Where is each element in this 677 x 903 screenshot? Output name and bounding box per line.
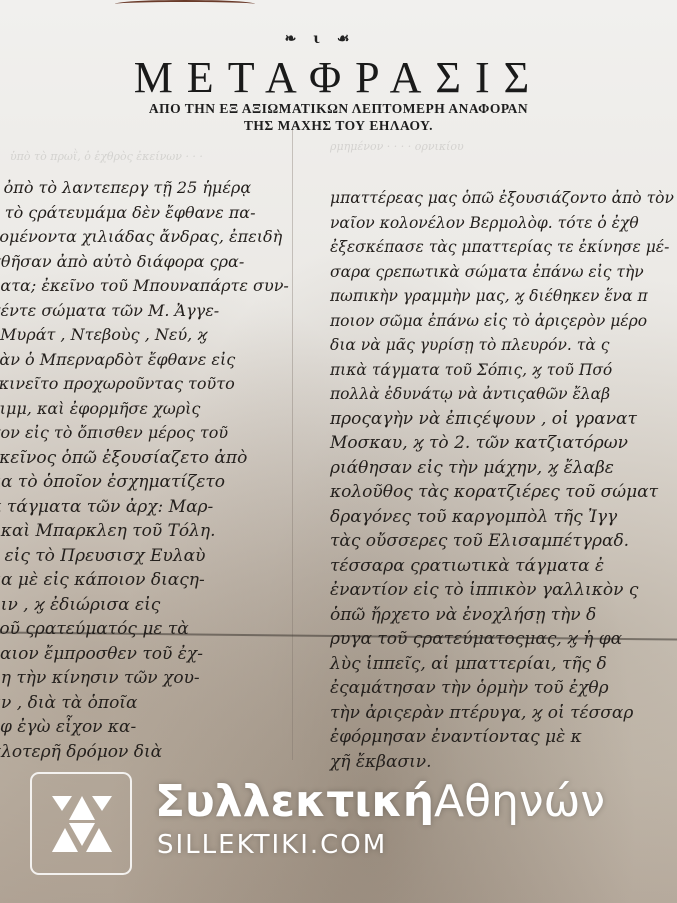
text-line: πολλὰ ἐδυνάτῳ νὰ ἀντιςαθῶν ἔλαβ <box>330 382 677 407</box>
text-line: ριάθησαν εἰς τὴν μάχην, ϗ ἔλαβε <box>330 456 677 481</box>
text-line: χιμμ, καὶ ἐφορμῆσε χωρὶς <box>0 397 290 422</box>
text-line: ραιον ἔμπροσθεν τοῦ ἐχ- <box>0 642 290 667</box>
page-curl-edge <box>115 0 255 8</box>
text-line: ἐκινεῖτο προχωροῦντας τοῦτο <box>0 372 290 397</box>
text-line: ἐςαμάτησαν τὴν ὁρμὴν τοῦ ἐχθρ <box>330 676 677 701</box>
text-line: ρυγα τοῦ ςρατεύματοςμας, ϗ ἡ φα <box>330 627 677 652</box>
text-line: πικὰ τάγματα τοῦ Σόπις, ϗ τοῦ Πσό <box>330 358 677 383</box>
text-line: πωπικὴν γραμμὴν μας, ϗ διέθηκεν ἕνα π <box>330 284 677 309</box>
document-photo: ὑπὸ τὸ πρωῒ, ὁ ἐχθρὸς ἐκείνων · · · ρμημ… <box>0 0 677 903</box>
text-line: ἐφόρμησαν ἐναντίοντας μὲ κ <box>330 725 677 750</box>
left-text-column: ε ὀπὸ τὸ λαντεπεργ τῇ 25 ἡμέρᾳ ο τὸ ςράτ… <box>0 176 290 764</box>
watermark: ΣυλλεκτικήΑθηνών SILLEKTIKI.COM <box>30 772 670 882</box>
text-line: , καὶ Μπαρκλεη τοῦ Τόλη. <box>0 519 290 544</box>
text-line: κλοτερῆ δρόμον διὰ <box>0 740 290 765</box>
text-line: προςαγὴν νὰ ἐπιςέψουν , οἱ γρανατ <box>330 407 677 432</box>
text-line: ἐναντίον εἰς τὸ ἱππικὸν γαλλικὸν ς <box>330 578 677 603</box>
text-line: ναῖον κολονέλον Βερμολὸφ. τότε ὁ ἐχθ <box>330 211 677 236</box>
text-line: λη τὴν κίνησιν τῶν χου- <box>0 666 290 691</box>
text-line: δια νὰ μᾶς γυρίσῃ τὸ πλευρόν. τὰ ς <box>330 333 677 358</box>
text-line: πέντε σώματα τῶν Μ. Ἀγγε- <box>0 299 290 324</box>
text-line: ρὰν ὁ Μπερναρδὸτ ἔφθανε εἰς <box>0 348 290 373</box>
watermark-logo <box>30 772 132 875</box>
text-line: τέσσαρα ςρατιωτικὰ τάγματα ἐ <box>330 554 677 579</box>
brand-name-bold: Συλλεκτική <box>155 776 434 827</box>
document-title: ΜΕΤΑΦΡΑΣΙΣ <box>0 52 677 103</box>
text-line: λιν , ϗ ἐδιώρισα εἰς <box>0 593 290 618</box>
watermark-url: SILLEKTIKI.COM <box>157 830 387 860</box>
text-line: μα τὸ ὁποῖον ἐσχηματίζετο <box>0 470 290 495</box>
document-subtitle-line2: ΤΗΣ ΜΑΧΗΣ ΤΟΥ ΕΗΛΑΟΥ. <box>0 118 677 134</box>
brand-name-light: Αθηνών <box>434 776 605 827</box>
text-line: ρομένοντα χιλιάδας ἄνδρας, ἐπειδὴ <box>0 225 290 250</box>
text-line: λὺς ἱππεῖς, αἱ μπαττερίαι, τῆς δ <box>330 652 677 677</box>
text-line: ὁπῶ ἤρχετο νὰ ἐνοχλήσῃ τὴν δ <box>330 603 677 628</box>
bleed-through-text: ὑπὸ τὸ πρωῒ, ὁ ἐχθρὸς ἐκείνων · · · <box>10 150 203 164</box>
text-line: πον εἰς τὸ ὄπισθεν μέρος τοῦ <box>0 421 290 446</box>
right-text-column: μπαττέρεας μας ὁπῶ ἐξουσιάζοντο ἀπὸ τὸν … <box>330 186 677 774</box>
text-line: ε εἰς τὸ Πρευσισχ Ευλαὺ <box>0 544 290 569</box>
paper-fold-vertical <box>292 130 293 760</box>
text-line: τοῦ ςρατεύματός με τὰ <box>0 617 290 642</box>
text-line: μα μὲ εἰς κάποιον διαςη- <box>0 568 290 593</box>
text-line: ποιον σῶμα ἐπάνω εἰς τὸ ἀριςερὸν μέρο <box>330 309 677 334</box>
text-line: , Μυράτ , Ντεβοὺς , Νεύ, ϗ <box>0 323 290 348</box>
text-line: κολοῦθος τὰς κορατζιέρες τοῦ σώματ <box>330 480 677 505</box>
text-line: α τάγματα τῶν ἀρχ: Μαρ- <box>0 495 290 520</box>
text-line: ρφ ἐγὼ εἶχον κα- <box>0 715 290 740</box>
text-line: σθῆσαν ἀπὸ αὐτὸ διάφορα ςρα- <box>0 250 290 275</box>
text-line: δραγόνες τοῦ καργομπὸλ τῆς Ἰγγ <box>330 505 677 530</box>
text-line: ἐκεῖνος ὁπῶ ἐξουσίαζετο ἀπὸ <box>0 446 290 471</box>
watermark-brand: ΣυλλεκτικήΑθηνών <box>155 772 605 832</box>
text-line: μν , διὰ τὰ ὁποῖα <box>0 691 290 716</box>
text-line: σαρα ςρεπωτικὰ σώματα ἐπάνω εἰς τὴν <box>330 260 677 285</box>
text-line: ματα; ἐκεῖνο τοῦ Μπουναπάρτε συν- <box>0 274 290 299</box>
text-line: ο τὸ ςράτευμάμα δὲν ἔφθανε πα- <box>0 201 290 226</box>
text-line: μπαττέρεας μας ὁπῶ ἐξουσιάζοντο ἀπὸ τὸν … <box>330 186 677 211</box>
text-line: ε ὀπὸ τὸ λαντεπεργ τῇ 25 ἡμέρᾳ <box>0 176 290 201</box>
document-subtitle-line1: ΑΠΟ ΤΗΝ ΕΞ ΑΞΙΩΜΑΤΙΚΩΝ ΛΕΠΤΟΜΕΡΗ ΑΝΑΦΟΡΑ… <box>0 101 677 117</box>
page-ornament: ❧ ι ☙ <box>270 31 370 47</box>
text-line: Μοσκαυ, ϗ τὸ 2. τῶν κατζιατόρων <box>330 431 677 456</box>
text-line: τὰς οὔσσερες τοῦ Ελισαμπέτγραδ. <box>330 529 677 554</box>
hexagram-triangles-icon <box>52 796 112 852</box>
text-line: χῆ ἔκβασιν. <box>330 750 677 775</box>
text-line: τὴν ἀριςερὰν πτέρυγα, ϗ οἱ τέσσαρ <box>330 701 677 726</box>
text-line: ἐξεσκέπασε τὰς μπαττερίας τε ἐκίνησε μέ- <box>330 235 677 260</box>
bleed-through-text: ρμημένον · · · · ορνικίου <box>330 140 464 154</box>
